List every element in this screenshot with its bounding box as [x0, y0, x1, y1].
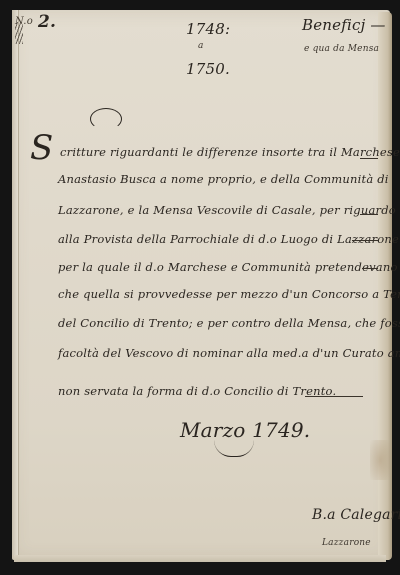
- document-date: Marzo 1749.: [180, 418, 310, 442]
- line-filler-dash: [360, 214, 378, 215]
- body-line-4: alla Provista della Parrochiale di d.o L…: [58, 232, 399, 246]
- page-bottom-edge: [14, 555, 386, 562]
- scanned-document: N.o 2. 1748: a 1750. Beneficj — e qua da…: [0, 0, 400, 575]
- line-filler-dash: [362, 268, 378, 269]
- line-filler-dash: [360, 158, 378, 159]
- body-line-8: facoltà del Vescovo di nominar alla med.…: [58, 346, 400, 360]
- signature-place: Lazzarone: [322, 538, 371, 548]
- body-line-3: Lazzarone, e la Mensa Vescovile di Casal…: [58, 203, 396, 217]
- body-line-6: che quella si provvedesse per mezzo d'un…: [58, 287, 400, 301]
- body-line-5: per la quale il d.o Marchese e Communità…: [58, 260, 398, 274]
- folio-label: N.o: [15, 16, 33, 27]
- line-filler-dash: [352, 240, 378, 241]
- decorated-initial: S: [30, 128, 54, 168]
- folio-number: 2.: [38, 12, 56, 32]
- signature: B.a Calegari: [312, 507, 400, 523]
- initial-flourish-icon: [90, 108, 122, 130]
- year-start: 1748:: [186, 20, 230, 38]
- page-fold-edge: [12, 10, 19, 555]
- manuscript-page: [12, 10, 390, 560]
- body-line-7: del Concilio di Trento; e per contro del…: [58, 316, 400, 330]
- year-separator: a: [198, 41, 204, 51]
- body-line-1: critture riguardanti le differenze insor…: [60, 145, 400, 159]
- year-end: 1750.: [186, 60, 230, 78]
- category-subtitle: e qua da Mensa: [304, 44, 379, 54]
- body-line-9: non servata la forma di d.o Concilio di …: [58, 384, 336, 398]
- body-line-2: Anastasio Busca a nome proprio, e della …: [58, 172, 389, 186]
- category-title: Beneficj —: [302, 16, 386, 34]
- paper-stain: [370, 440, 390, 480]
- line-filler-dash: [305, 396, 363, 397]
